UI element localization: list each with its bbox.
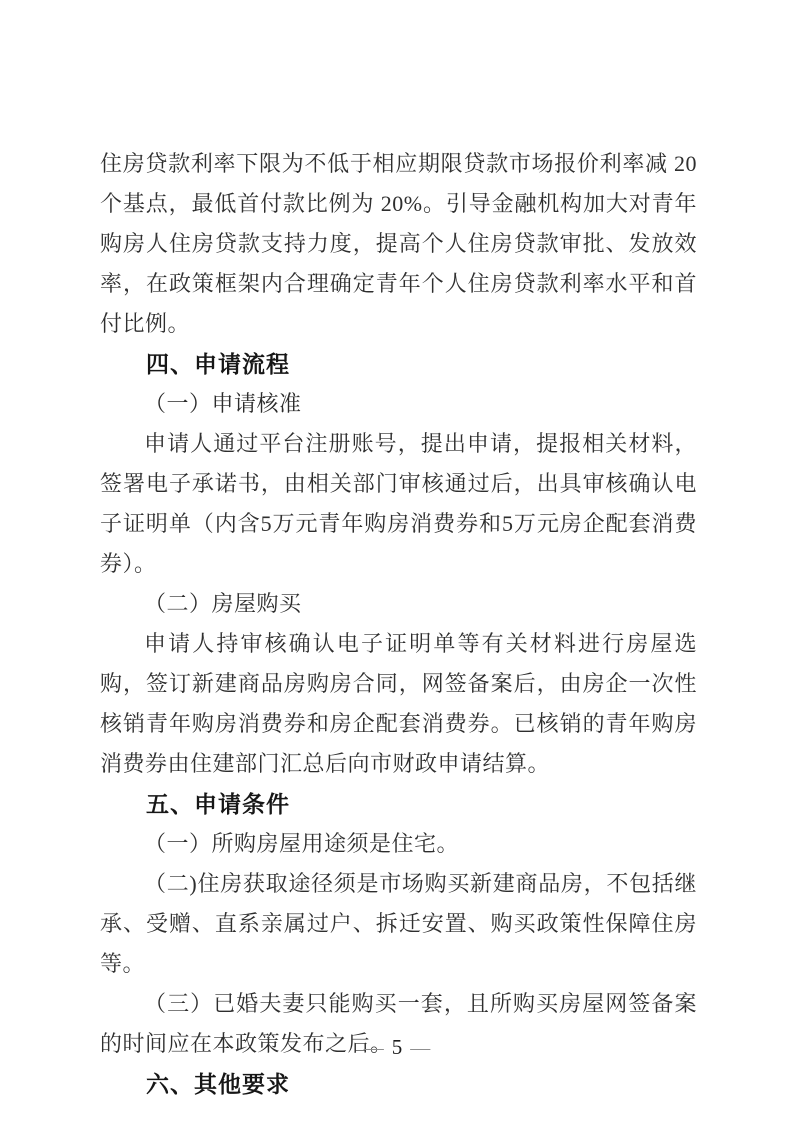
document-page: 住房贷款利率下限为不低于相应期限贷款市场报价利率减 20 个基点，最低首付款比例… — [0, 0, 794, 1123]
list-item-condition-two: （二)住房获取途径须是市场购买新建商品房，不包括继承、受赠、直系亲属过户、拆迁安… — [100, 864, 697, 984]
paragraph-application-approval-detail: 申请人通过平台注册账号，提出申请，提报相关材料，签署电子承诺书，由相关部门审核通… — [100, 424, 697, 584]
footer-dash-left: — — [356, 1037, 392, 1059]
heading-section-six-other-requirements: 六、其他要求 — [100, 1064, 697, 1104]
heading-section-four-application-process: 四、申请流程 — [100, 344, 697, 384]
paragraph-loan-rate-policy: 住房贷款利率下限为不低于相应期限贷款市场报价利率减 20 个基点，最低首付款比例… — [100, 144, 697, 344]
heading-section-five-application-conditions: 五、申请条件 — [100, 784, 697, 824]
subheading-house-purchase: （二）房屋购买 — [100, 584, 697, 624]
paragraph-house-purchase-detail: 申请人持审核确认电子证明单等有关材料进行房屋选购，签订新建商品房购房合同，网签备… — [100, 624, 697, 784]
list-item-condition-one: （一）所购房屋用途须是住宅。 — [100, 824, 697, 864]
document-body: 住房贷款利率下限为不低于相应期限贷款市场报价利率减 20 个基点，最低首付款比例… — [100, 144, 697, 1104]
page-number: 5 — [392, 1035, 403, 1059]
footer-dash-right: — — [402, 1037, 438, 1059]
subheading-application-approval: （一）申请核准 — [100, 384, 697, 424]
page-footer: —5— — [0, 1032, 794, 1063]
